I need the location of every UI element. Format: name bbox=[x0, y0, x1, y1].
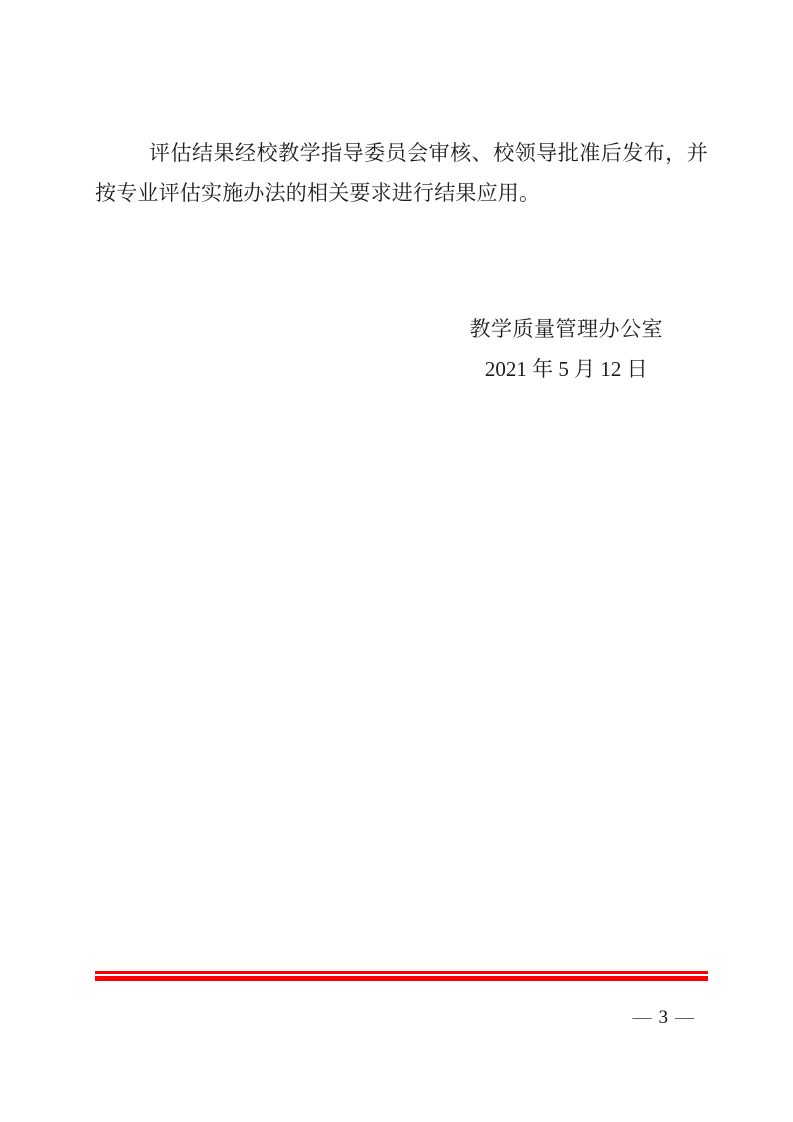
signature-date: 2021 年 5 月 12 日 bbox=[470, 349, 664, 389]
document-page: 评估结果经校教学指导委员会审核、校领导批准后发布，并按专业评估实施办法的相关要求… bbox=[0, 0, 793, 1122]
separator-thick-line bbox=[95, 976, 708, 981]
signature-block: 教学质量管理办公室 2021 年 5 月 12 日 bbox=[470, 309, 664, 389]
page-number-left-dash: — bbox=[633, 1007, 652, 1029]
footer-separator-rule bbox=[95, 971, 708, 981]
page-number-value: 3 bbox=[659, 1007, 669, 1029]
page-number: — 3 — bbox=[633, 1007, 695, 1029]
body-paragraph: 评估结果经校教学指导委员会审核、校领导批准后发布，并按专业评估实施办法的相关要求… bbox=[95, 133, 708, 213]
page-number-right-dash: — bbox=[675, 1007, 694, 1029]
signature-office-name: 教学质量管理办公室 bbox=[470, 309, 664, 349]
